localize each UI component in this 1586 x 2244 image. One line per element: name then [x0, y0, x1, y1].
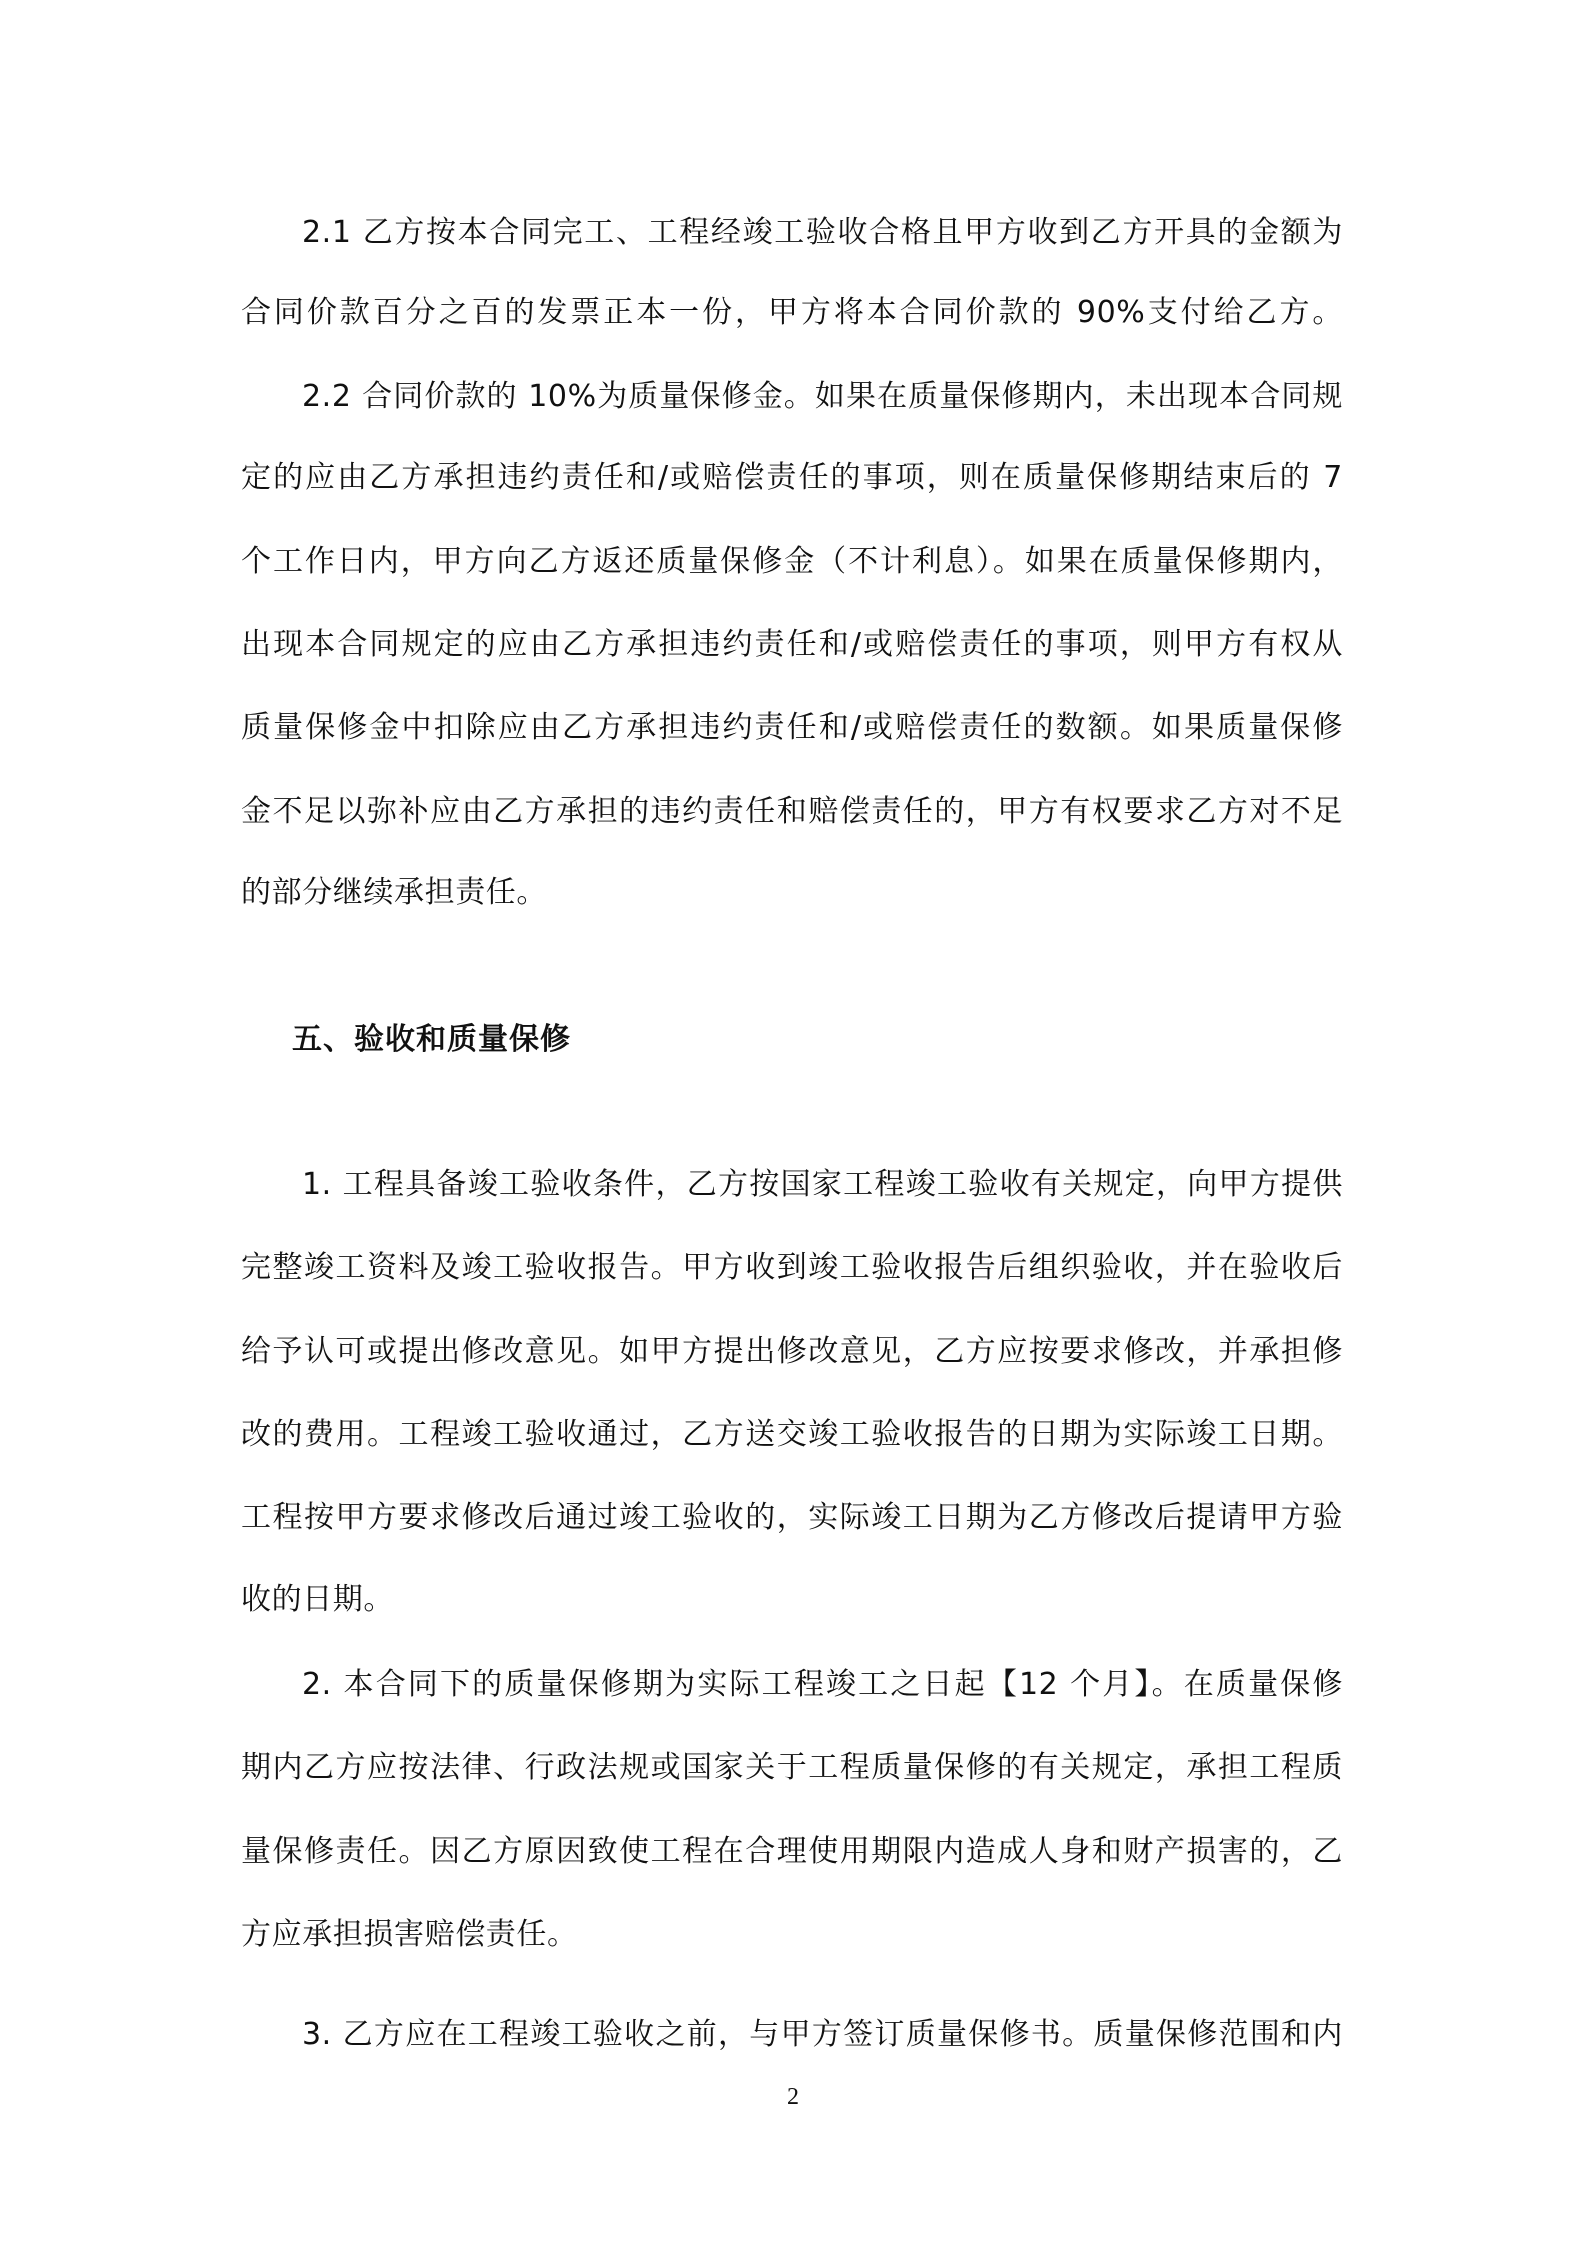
text-line: 2. 本合同下的质量保修期为实际工程竣工之日起【12 个月】。在质量保修 — [302, 1663, 1343, 1707]
text-line: 质量保修金中扣除应由乙方承担违约责任和/或赔偿责任的数额。如果质量保修 — [241, 706, 1343, 750]
text-line: 2.1 乙方按本合同完工、工程经竣工验收合格且甲方收到乙方开具的金额为 — [302, 211, 1343, 255]
text-line: 2.2 合同价款的 10%为质量保修金。如果在质量保修期内，未出现本合同规 — [302, 375, 1343, 419]
text-line: 方应承担损害赔偿责任。 — [241, 1913, 1343, 1957]
text-line: 期内乙方应按法律、行政法规或国家关于工程质量保修的有关规定，承担工程质 — [241, 1746, 1343, 1790]
page-number: 2 — [778, 2082, 808, 2112]
text-line: 金不足以弥补应由乙方承担的违约责任和赔偿责任的，甲方有权要求乙方对不足 — [241, 790, 1343, 834]
text-line: 的部分继续承担责任。 — [241, 871, 1343, 915]
text-line: 改的费用。工程竣工验收通过，乙方送交竣工验收报告的日期为实际竣工日期。 — [241, 1413, 1343, 1457]
text-line: 收的日期。 — [241, 1578, 1343, 1622]
text-line: 工程按甲方要求修改后通过竣工验收的，实际竣工日期为乙方修改后提请甲方验 — [241, 1496, 1343, 1540]
section-heading: 五、验收和质量保修 — [292, 1018, 571, 1062]
text-line: 合同价款百分之百的发票正本一份，甲方将本合同价款的 90%支付给乙方。 — [241, 291, 1343, 335]
text-line: 3. 乙方应在工程竣工验收之前，与甲方签订质量保修书。质量保修范围和内 — [302, 2013, 1343, 2057]
text-line: 个工作日内，甲方向乙方返还质量保修金（不计利息）。如果在质量保修期内， — [241, 540, 1343, 584]
text-line: 1. 工程具备竣工验收条件，乙方按国家工程竣工验收有关规定，向甲方提供 — [302, 1163, 1343, 1207]
text-line: 定的应由乙方承担违约责任和/或赔偿责任的事项，则在质量保修期结束后的 7 — [241, 456, 1343, 500]
text-line: 出现本合同规定的应由乙方承担违约责任和/或赔偿责任的事项，则甲方有权从 — [241, 623, 1343, 667]
text-line: 给予认可或提出修改意见。如甲方提出修改意见，乙方应按要求修改，并承担修 — [241, 1330, 1343, 1374]
text-line: 完整竣工资料及竣工验收报告。甲方收到竣工验收报告后组织验收，并在验收后 — [241, 1246, 1343, 1290]
text-line: 量保修责任。因乙方原因致使工程在合理使用期限内造成人身和财产损害的，乙 — [241, 1830, 1343, 1874]
document-page: 2.1 乙方按本合同完工、工程经竣工验收合格且甲方收到乙方开具的金额为 合同价款… — [0, 0, 1586, 2244]
